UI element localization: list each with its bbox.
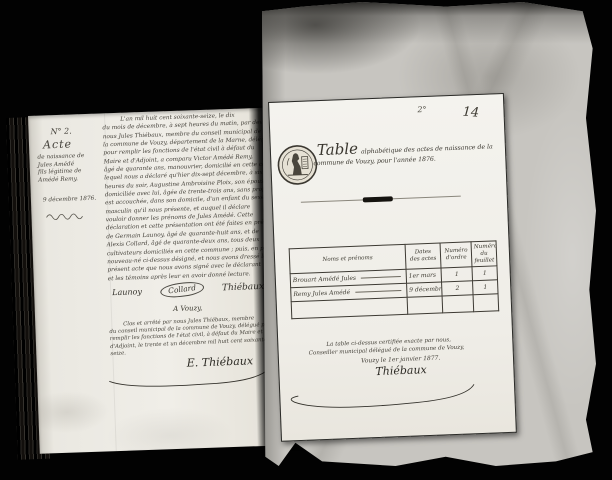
closing-paragraph: Clos et arrêté par nous Jules Thiébaux, … [109, 315, 268, 358]
act-number: N° 2. [50, 126, 98, 137]
certification-block: La table ci-dessus certifiée exacte par … [308, 335, 481, 379]
signature-flourish-icon [286, 381, 487, 419]
signature-flourish-icon [103, 366, 274, 394]
signature-launoy: Launoy [112, 287, 142, 297]
signature-collard: Collard [159, 280, 204, 299]
act-title: Acte [43, 137, 99, 152]
header-folio-number: Numéro du feuillet [471, 241, 497, 267]
cell-folio: 1 [473, 280, 498, 295]
margin-note: N° 2. Acte de naissance de Jules Amédé f… [36, 126, 101, 225]
row-name: Brouart Amédé Jules [293, 275, 356, 284]
row-name: Remy Jules Amédé [293, 289, 350, 298]
header-dates: Dates des actes [405, 243, 441, 269]
cell-folio: 1 [472, 266, 497, 281]
decorative-rule [301, 194, 461, 205]
header-order-number: Numéro d'ordre [440, 242, 472, 268]
cell-date: 9 décembre [406, 282, 442, 297]
cell-date: 1er mars [406, 268, 442, 283]
alphabetical-index-table: Noms et prénoms Dates des actes Numéro d… [289, 240, 500, 319]
ruling-dash [355, 290, 401, 293]
certification-signature: Thiébaux [375, 364, 481, 376]
margin-note-line: Amédé Remy. [38, 175, 100, 185]
table-sheet: 2° 14 Tablealphabétique des actes de nai… [268, 93, 517, 442]
ruling-dash [361, 276, 401, 279]
place-line: A Vouzy, [109, 302, 267, 316]
cell-order: 1 [441, 267, 473, 282]
cell-order: 2 [442, 281, 474, 296]
squiggle-flourish-icon [45, 204, 102, 225]
page-number: 14 [462, 105, 480, 121]
act-body-text: L'an mil huit cent soixante-seize, le di… [102, 111, 268, 283]
sheet-title: Tablealphabétique des actes de naissance… [317, 134, 496, 167]
witness-signatures: Launoy Collard Thiébaux [112, 280, 264, 299]
margin-note-date: 9 décembre 1876. [43, 196, 101, 204]
left-page: N° 2. Acte de naissance de Jules Amédé f… [28, 108, 278, 454]
register-scan: N° 2. Acte de naissance de Jules Amédé f… [0, 0, 612, 480]
folio-mark: 2° [417, 105, 426, 114]
title-lead-word: Table [317, 140, 359, 160]
